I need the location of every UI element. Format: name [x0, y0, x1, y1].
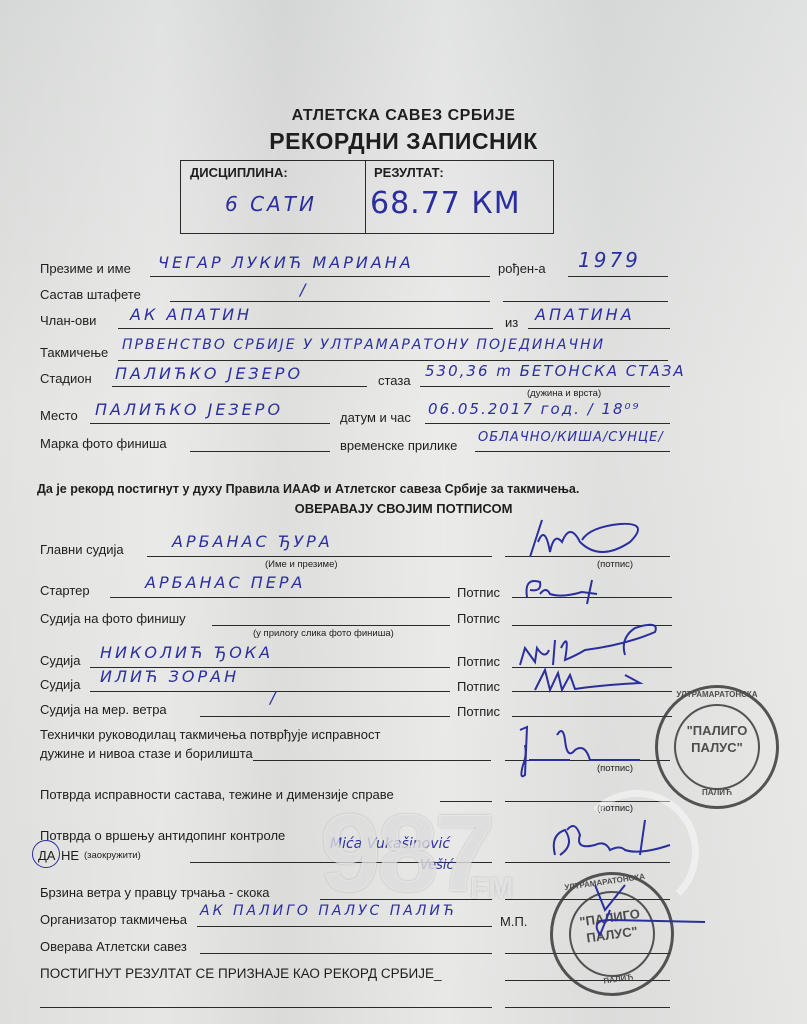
starter-signature	[522, 572, 622, 607]
photo-hint: (у прилогу слика фото финиша)	[253, 628, 394, 639]
starter-label: Стартер	[40, 583, 90, 598]
track-label: стаза	[378, 373, 411, 388]
verify-label: Оверава Атлетски савез	[40, 939, 187, 954]
stadium-label: Стадион	[40, 371, 92, 386]
wind-speed-label: Брзина ветра у правцу трчања - скока	[40, 885, 270, 900]
club-label: Члан-ови	[40, 313, 96, 328]
judge2-signature	[530, 665, 650, 695]
doping-label: Потврда о вршењу антидопинг контроле	[40, 828, 285, 843]
result-value: 68.77 КМ	[370, 186, 521, 221]
name-label: Презиме и име	[40, 261, 131, 276]
judge1-signature	[515, 620, 665, 670]
born-value: 1979	[578, 248, 641, 272]
judge1-label: Судија	[40, 653, 80, 668]
org-name: АТЛЕТСКА САВЕЗ СРБИЈЕ	[0, 107, 807, 125]
organizer-signature	[580, 880, 710, 940]
technical-line2: дужине и нивоа стазе и борилишта	[40, 746, 253, 761]
photo-finish-brand-label: Марка фото финиша	[40, 436, 167, 451]
place-label: Место	[40, 408, 78, 423]
photo-judge-signature-label: Потпис	[457, 611, 500, 626]
wind-judge-signature-label: Потпис	[457, 704, 500, 719]
head-judge-signature	[520, 512, 660, 562]
starter-value: АРБАНАС ПЕРА	[145, 573, 305, 592]
from-label: из	[505, 315, 518, 330]
weather-value: ОБЛАЧНО/КИША/СУНЦЕ/	[478, 430, 664, 445]
statement-heading: ОВЕРАВАЈУ СВОЈИМ ПОТПИСОМ	[0, 501, 807, 516]
datetime-label: датум и час	[340, 410, 411, 425]
statement-text: Да је рекорд постигнут у духу Правила ИА…	[37, 482, 579, 496]
technical-signature-hint: (потпис)	[597, 763, 633, 774]
organizer-label: Организатор такмичења	[40, 912, 187, 927]
club-stamp-upper: "ПАЛИГО ПАЛУС" ПАЛИЋ УЛТРАМАРАТОНСКА	[655, 685, 779, 809]
stadium-value: ПАЛИЋКО ЈЕЗЕРО	[115, 364, 303, 383]
watermark-suffix: FM	[470, 872, 513, 906]
result-label: РЕЗУЛТАТ:	[374, 165, 444, 180]
photo-judge-label: Судија на фото финишу	[40, 611, 186, 626]
track-value: 530,36 m БЕТОНСКА СТАЗА	[425, 362, 686, 380]
club-value: АК АПАТИН	[130, 305, 252, 324]
signature-hint: (потпис)	[597, 559, 633, 570]
technical-signature	[515, 715, 645, 785]
track-hint: (дужина и врста)	[527, 388, 601, 399]
name-hint: (Име и презиме)	[265, 559, 338, 570]
judge2-label: Судија	[40, 677, 80, 692]
document-title: РЕКОРДНИ ЗАПИСНИК	[0, 128, 807, 155]
recognized-label: ПОСТИГНУТ РЕЗУЛТАТ СЕ ПРИЗНАЈЕ КАО РЕКОР…	[40, 966, 441, 981]
from-value: АПАТИНА	[535, 305, 635, 324]
place-value: ПАЛИЋКО ЈЕЗЕРО	[95, 400, 283, 419]
record-box-divider	[365, 160, 366, 233]
discipline-label: ДИСЦИПЛИНА:	[190, 165, 288, 180]
head-judge-value: АРБАНАС ЂУРА	[172, 532, 333, 551]
name-value: ЧЕГАР ЛУКИЋ МАРИАНА	[158, 253, 414, 272]
technical-line1: Технички руководилац такмичења потврђује…	[40, 727, 380, 742]
wind-judge-label: Судија на мер. ветра	[40, 702, 167, 717]
born-label: рођен-а	[498, 261, 546, 276]
organizer-value: АК ПАЛИГО ПАЛУС ПАЛИЋ	[200, 903, 457, 919]
wind-judge-value: /	[270, 688, 278, 707]
stamp-place-label: М.П.	[500, 914, 527, 929]
doping-hint: (заокружити)	[84, 850, 141, 861]
judge2-signature-label: Потпис	[457, 679, 500, 694]
judge1-signature-label: Потпис	[457, 654, 500, 669]
discipline-value: 6 САТИ	[225, 192, 317, 216]
doping-yes-circle	[32, 840, 60, 868]
relay-value: /	[300, 280, 308, 299]
datetime-value: 06.05.2017 год. / 18⁰⁹	[428, 400, 641, 418]
starter-signature-label: Потпис	[457, 585, 500, 600]
watermark-number: 987	[320, 790, 492, 917]
weather-label: временске прилике	[340, 438, 457, 453]
judge1-value: НИКОЛИЋ ЂОКА	[100, 643, 273, 662]
head-judge-label: Главни судија	[40, 542, 124, 557]
judge2-value: ИЛИЋ ЗОРАН	[100, 667, 239, 686]
doping-no[interactable]: НЕ	[61, 848, 79, 863]
competition-value: ПРВЕНСТВО СРБИЈЕ У УЛТРАМАРАТОНУ ПОЈЕДИН…	[122, 337, 605, 353]
competition-label: Такмичење	[40, 345, 108, 360]
relay-label: Састав штафете	[40, 287, 141, 302]
